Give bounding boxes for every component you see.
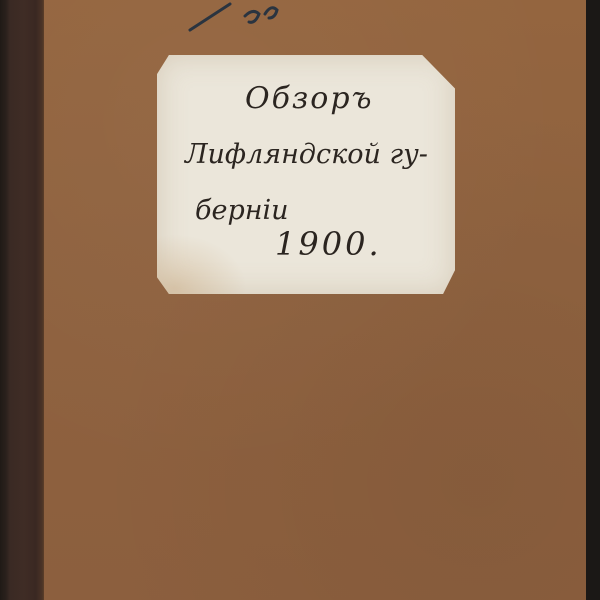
book-spine [0,0,44,600]
pencil-catalog-mark [185,0,315,34]
label-line-3: берніи [195,195,289,226]
label-line-2: Лифляндской гу- [185,139,428,170]
label-year: 1900. [275,225,382,263]
title-label: Обзоръ Лифляндской гу- берніи 1900. [157,55,455,294]
label-stain [157,234,247,294]
page-edge [586,0,600,600]
label-line-1: Обзоръ [245,81,374,116]
